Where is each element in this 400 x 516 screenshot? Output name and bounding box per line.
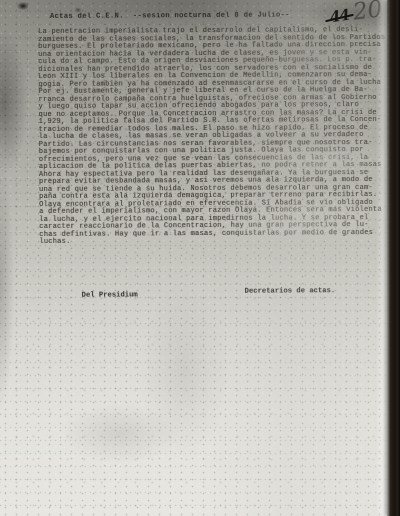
binding-shadow <box>387 0 400 516</box>
scanned-document-page: Actas del C.E.N. --sesion nocturna del 8… <box>0 0 400 516</box>
page-edge-highlight <box>376 0 387 516</box>
handwritten-annotations: 44 20 <box>0 0 400 516</box>
